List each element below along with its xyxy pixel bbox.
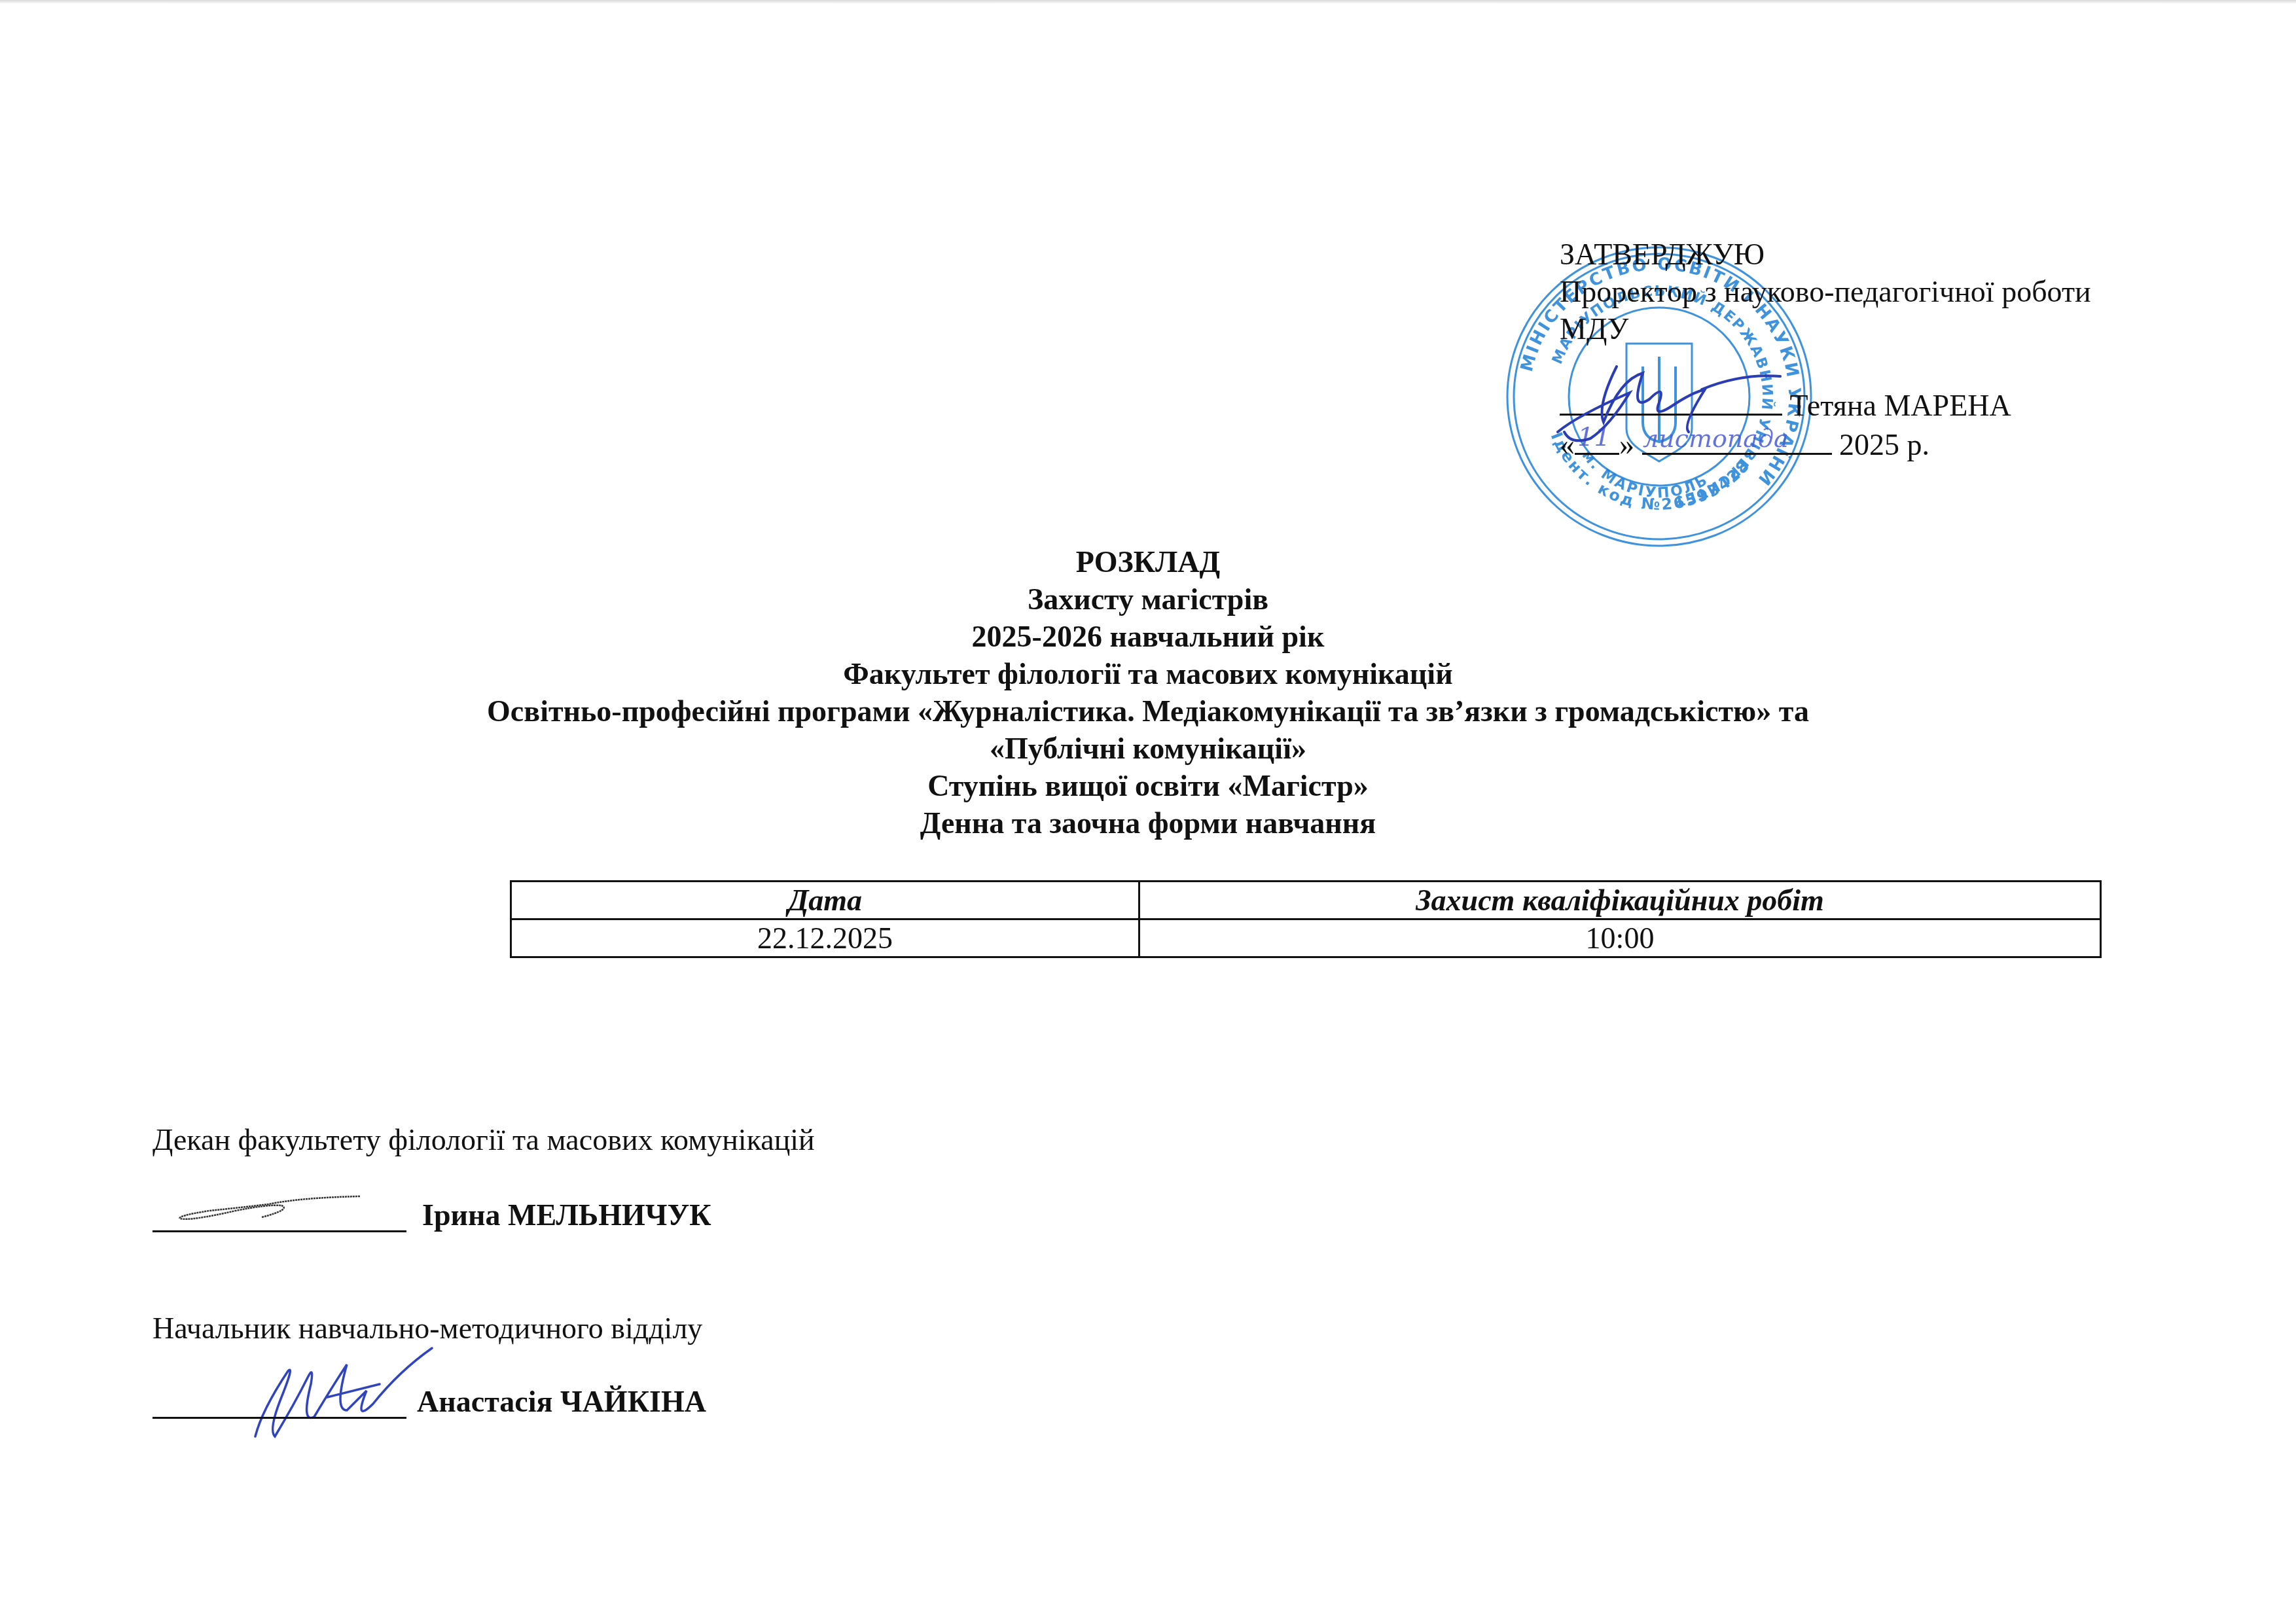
approval-year: 2025 р. [1839, 428, 1929, 461]
cell-time: 10:00 [1139, 919, 2101, 957]
approval-organization: МДУ [1560, 310, 2091, 348]
dean-signature-line [152, 1230, 406, 1232]
dean-name: Ірина МЕЛЬНИЧУК [422, 1198, 711, 1232]
schedule-table: Дата Захист кваліфікаційних робіт 22.12.… [510, 880, 2102, 958]
dean-signature-icon [170, 1191, 367, 1224]
head-role: Начальник навчально-методичного відділу [152, 1311, 702, 1346]
approval-signature-icon [1551, 353, 1787, 445]
head-signature-line [152, 1417, 406, 1419]
title-line-8: Денна та заочна форми навчання [0, 804, 2296, 842]
head-name: Анастасія ЧАЙКІНА [417, 1384, 706, 1419]
document-title-block: РОЗКЛАД Захисту магістрів 2025-2026 навч… [0, 543, 2296, 842]
title-line-5: Освітньо-професійні програми «Журналісти… [0, 692, 2296, 730]
header-defense: Захист кваліфікаційних робіт [1139, 882, 2101, 919]
header-date: Дата [511, 882, 1139, 919]
head-signature-icon [249, 1345, 445, 1443]
approval-heading: ЗАТВЕРДЖУЮ [1560, 236, 2091, 273]
table-row: 22.12.2025 10:00 [511, 919, 2101, 957]
approval-position: Проректор з науково-педагогічної роботи [1560, 273, 2091, 310]
cell-date: 22.12.2025 [511, 919, 1139, 957]
title-line-1: РОЗКЛАД [0, 543, 2296, 580]
title-line-6: «Публічні комунікації» [0, 730, 2296, 767]
title-line-2: Захисту магістрів [0, 580, 2296, 618]
title-line-3: 2025-2026 навчальний рік [0, 618, 2296, 655]
title-line-4: Факультет філології та масових комунікац… [0, 655, 2296, 692]
title-line-7: Ступінь вищої освіти «Магістр» [0, 767, 2296, 804]
dean-role: Декан факультету філології та масових ко… [152, 1122, 815, 1157]
table-header-row: Дата Захист кваліфікаційних робіт [511, 882, 2101, 919]
approval-signatory: Тетяна МАРЕНА [1790, 389, 2011, 422]
scan-edge [0, 0, 2296, 4]
